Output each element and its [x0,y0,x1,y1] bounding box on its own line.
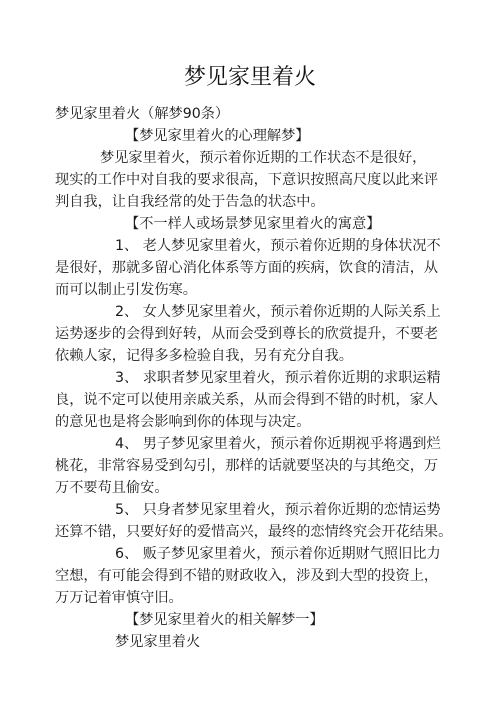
paragraph-line: 空想，有可能会得到不错的财政收入，涉及到大型的投资上， [55,566,438,586]
paragraph-line: 依赖人家，记得多多检验自我，另有充分自我。 [55,346,353,366]
list-item-6: 6、 贩子梦见家里着火，预示着你近期财气照旧比力 [115,544,441,564]
paragraph-line: 判自我，让自我经常的处于告急的状态中。 [55,192,325,212]
related-line: 梦见家里着火 [115,632,200,652]
page-title: 梦见家里着火 [0,64,500,92]
list-item-3: 3、 求职者梦见家里着火，预示着你近期的求职运精 [115,368,441,388]
list-item-2: 2、 女人梦见家里着火，预示着你近期的人际关系上 [115,302,441,322]
paragraph-line: 桃花，非常容易受到勾引，那样的话就要坚决的与其绝交，万 [55,456,438,476]
paragraph-line: 梦见家里着火，预示着你近期的工作状态不是很好， [100,148,426,168]
paragraph-line: 而可以制止引发伤寒。 [55,280,197,300]
paragraph-line: 现实的工作中对自我的要求很高，下意识按照高尺度以此来评 [55,170,438,190]
section-heading-related: 【梦见家里着火的相关解梦一】 [125,610,324,630]
section-heading-people: 【不一样人或场景梦见家里着火的寓意】 [125,214,380,234]
paragraph-line: 良，说不定可以使用亲戚关系，从而会得到不错的时机，家人 [55,390,438,410]
paragraph-line: 运势逐步的会得到好转，从而会受到尊长的欣赏提升，不要老 [55,324,438,344]
list-item-1: 1、 老人梦见家里着火，预示着你近期的身体状况不 [115,236,441,256]
paragraph-line: 是很好，那就多留心消化体系等方面的疾病，饮食的清洁，从 [55,258,438,278]
list-item-5: 5、 只身者梦见家里着火，预示着你近期的恋情运势 [115,500,441,520]
paragraph-line: 的意见也是将会影响到你的体现与决定。 [55,412,310,432]
paragraph-line: 万不要苟且偷安。 [55,478,169,498]
subtitle: 梦见家里着火（解梦90条） [55,104,229,124]
paragraph-line: 还算不错，只要好好的爱惜高兴，最终的恋情终究会开花结果。 [55,522,452,542]
section-heading-psych: 【梦见家里着火的心理解梦】 [125,126,309,146]
list-item-4: 4、 男子梦见家里着火，预示着你近期视乎将遇到烂 [115,434,441,454]
paragraph-line: 万万记着审慎守旧。 [55,588,183,608]
